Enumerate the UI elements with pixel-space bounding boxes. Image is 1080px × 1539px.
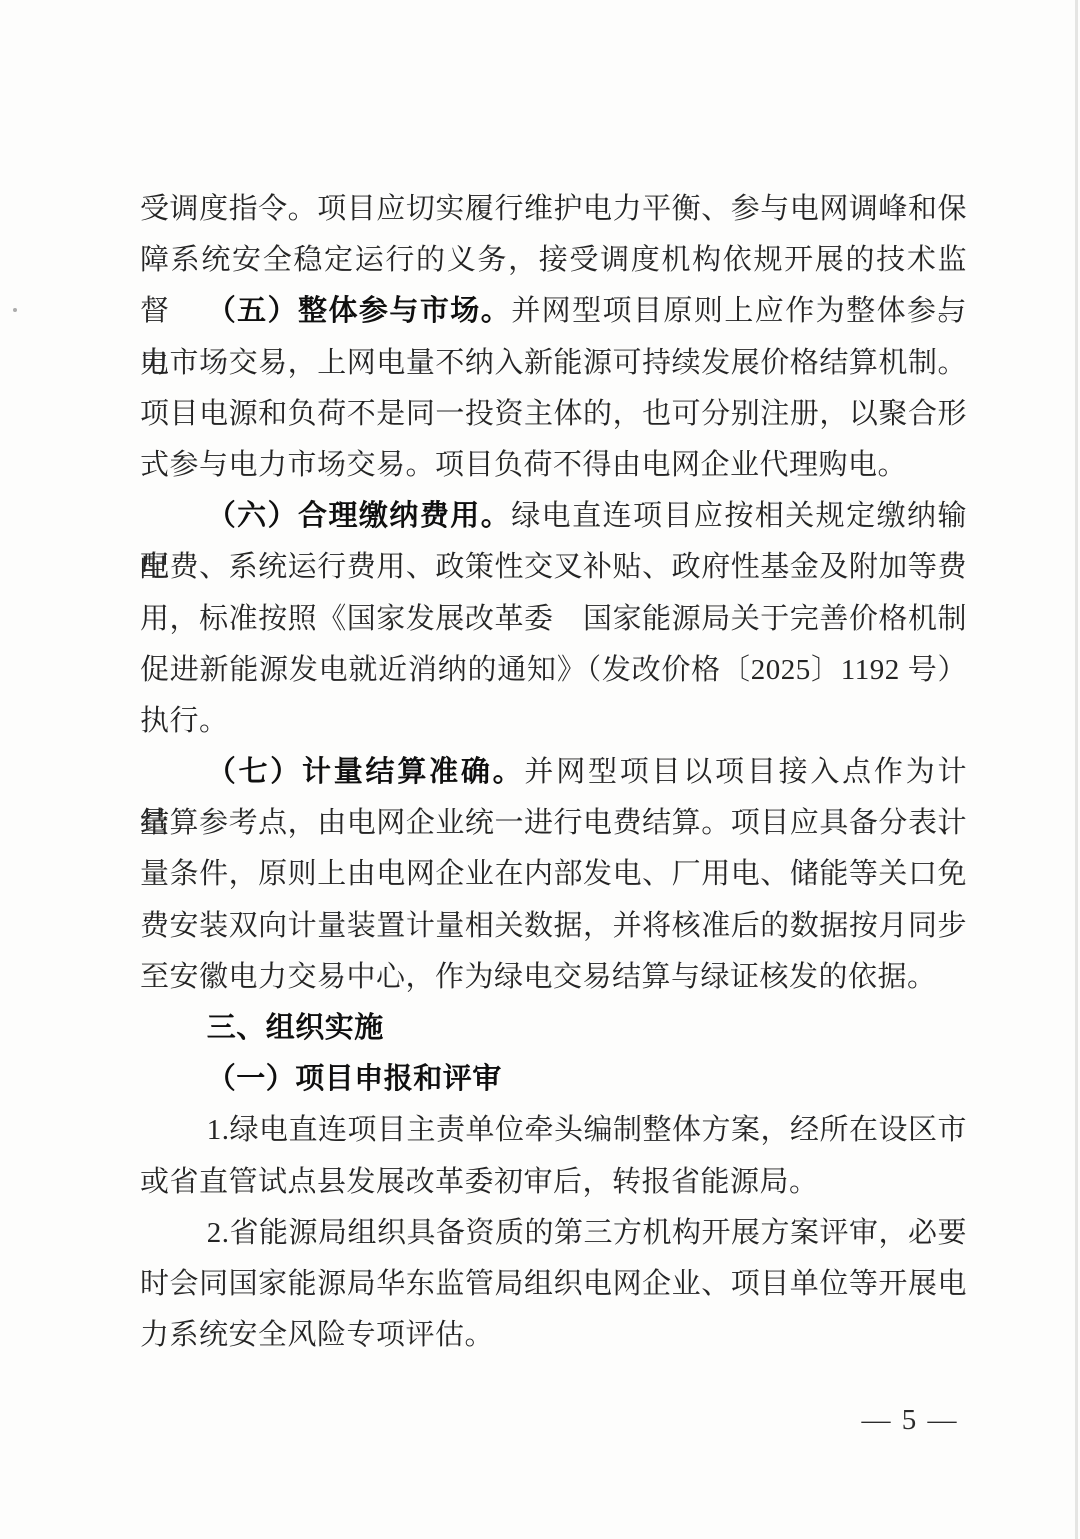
line-text: 电费、系统运行费用、政策性交叉补贴、政府性基金及附加等费 <box>140 551 967 583</box>
line-text: 项目电源和负荷不是同一投资主体的，也可分别注册，以聚合形 <box>140 398 967 430</box>
document-page: 受调度指令。项目应切实履行维护电力平衡、参与电网调峰和保 障系统安全稳定运行的义… <box>0 0 1080 1539</box>
document-line-item-1: 1.绿电直连项目主责单位牵头编制整体方案，经所在设区市 <box>140 1105 967 1156</box>
document-line-item-2: 2.省能源局组织具备资质的第三方机构开展方案评审，必要 <box>140 1208 967 1259</box>
line-text: 或省直管试点县发展改革委初审后，转报省能源局。 <box>140 1166 819 1198</box>
document-line: 式参与电力市场交易。项目负荷不得由电网企业代理购电。 <box>140 440 967 491</box>
page-number: — 5 — <box>840 1398 980 1442</box>
line-text: 执行。 <box>140 705 229 737</box>
document-line: 结算参考点，由电网企业统一进行电费结算。项目应具备分表计 <box>140 798 967 849</box>
document-line: 费安装双向计量装置计量相关数据，并将核准后的数据按月同步 <box>140 901 967 952</box>
line-text: 式参与电力市场交易。项目负荷不得由电网企业代理购电。 <box>140 449 907 481</box>
line-heading: （七）计量结算准确。 <box>207 756 525 788</box>
line-text: 促进新能源发电就近消纳的通知》（发改价格〔2025〕1192 号） <box>140 654 967 686</box>
document-line: 量条件，原则上由电网企业在内部发电、厂用电、储能等关口免 <box>140 849 967 900</box>
document-line: 或省直管试点县发展改革委初审后，转报省能源局。 <box>140 1157 967 1208</box>
line-heading: 三、组织实施 <box>207 1012 384 1044</box>
line-heading: （一）项目申报和评审 <box>207 1063 502 1095</box>
line-text: 时会同国家能源局华东监管局组织电网企业、项目单位等开展电 <box>140 1268 967 1300</box>
line-text: 2.省能源局组织具备资质的第三方机构开展方案评审，必要 <box>207 1217 967 1249</box>
line-text: 结算参考点，由电网企业统一进行电费结算。项目应具备分表计 <box>140 807 967 839</box>
document-line: 执行。 <box>140 696 967 747</box>
line-text: 受调度指令。项目应切实履行维护电力平衡、参与电网调峰和保 <box>140 193 967 225</box>
document-heading-3-1: （一）项目申报和评审 <box>140 1054 967 1105</box>
document-line: 至安徽电力交易中心，作为绿电交易结算与绿证核发的依据。 <box>140 952 967 1003</box>
line-text: 用，标准按照《国家发展改革委 国家能源局关于完善价格机制 <box>140 603 967 635</box>
document-line-section-6: （六）合理缴纳费用。绿电直连项目应按相关规定缴纳输配 <box>140 491 967 542</box>
document-line: 力市场交易，上网电量不纳入新能源可持续发展价格结算机制。 <box>140 338 967 389</box>
document-line: 电费、系统运行费用、政策性交叉补贴、政府性基金及附加等费 <box>140 542 967 593</box>
ink-speck-artifact <box>13 308 17 312</box>
document-line: 项目电源和负荷不是同一投资主体的，也可分别注册，以聚合形 <box>140 389 967 440</box>
line-text: 费安装双向计量装置计量相关数据，并将核准后的数据按月同步 <box>140 910 967 942</box>
scan-edge-artifact <box>1075 0 1078 1539</box>
line-text: 至安徽电力交易中心，作为绿电交易结算与绿证核发的依据。 <box>140 961 937 993</box>
document-line: 促进新能源发电就近消纳的通知》（发改价格〔2025〕1192 号） <box>140 645 967 696</box>
document-line: 受调度指令。项目应切实履行维护电力平衡、参与电网调峰和保 <box>140 184 967 235</box>
line-text: 1.绿电直连项目主责单位牵头编制整体方案，经所在设区市 <box>207 1114 967 1146</box>
line-text: 力系统安全风险专项评估。 <box>140 1319 494 1351</box>
line-text: 力市场交易，上网电量不纳入新能源可持续发展价格结算机制。 <box>140 347 967 379</box>
document-line: 时会同国家能源局华东监管局组织电网企业、项目单位等开展电 <box>140 1259 967 1310</box>
document-line-section-5: （五）整体参与市场。并网型项目原则上应作为整体参与电 <box>140 286 967 337</box>
document-body: 受调度指令。项目应切实履行维护电力平衡、参与电网调峰和保 障系统安全稳定运行的义… <box>140 184 967 1361</box>
line-text: 量条件，原则上由电网企业在内部发电、厂用电、储能等关口免 <box>140 858 967 890</box>
line-heading: （五）整体参与市场。 <box>207 295 512 327</box>
line-heading: （六）合理缴纳费用。 <box>207 500 512 532</box>
document-line: 障系统安全稳定运行的义务，接受调度机构依规开展的技术监督。 <box>140 235 967 286</box>
document-line: 用，标准按照《国家发展改革委 国家能源局关于完善价格机制 <box>140 594 967 645</box>
document-line-section-7: （七）计量结算准确。并网型项目以项目接入点作为计量、 <box>140 747 967 798</box>
document-line: 力系统安全风险专项评估。 <box>140 1310 967 1361</box>
document-heading-3: 三、组织实施 <box>140 1003 967 1054</box>
